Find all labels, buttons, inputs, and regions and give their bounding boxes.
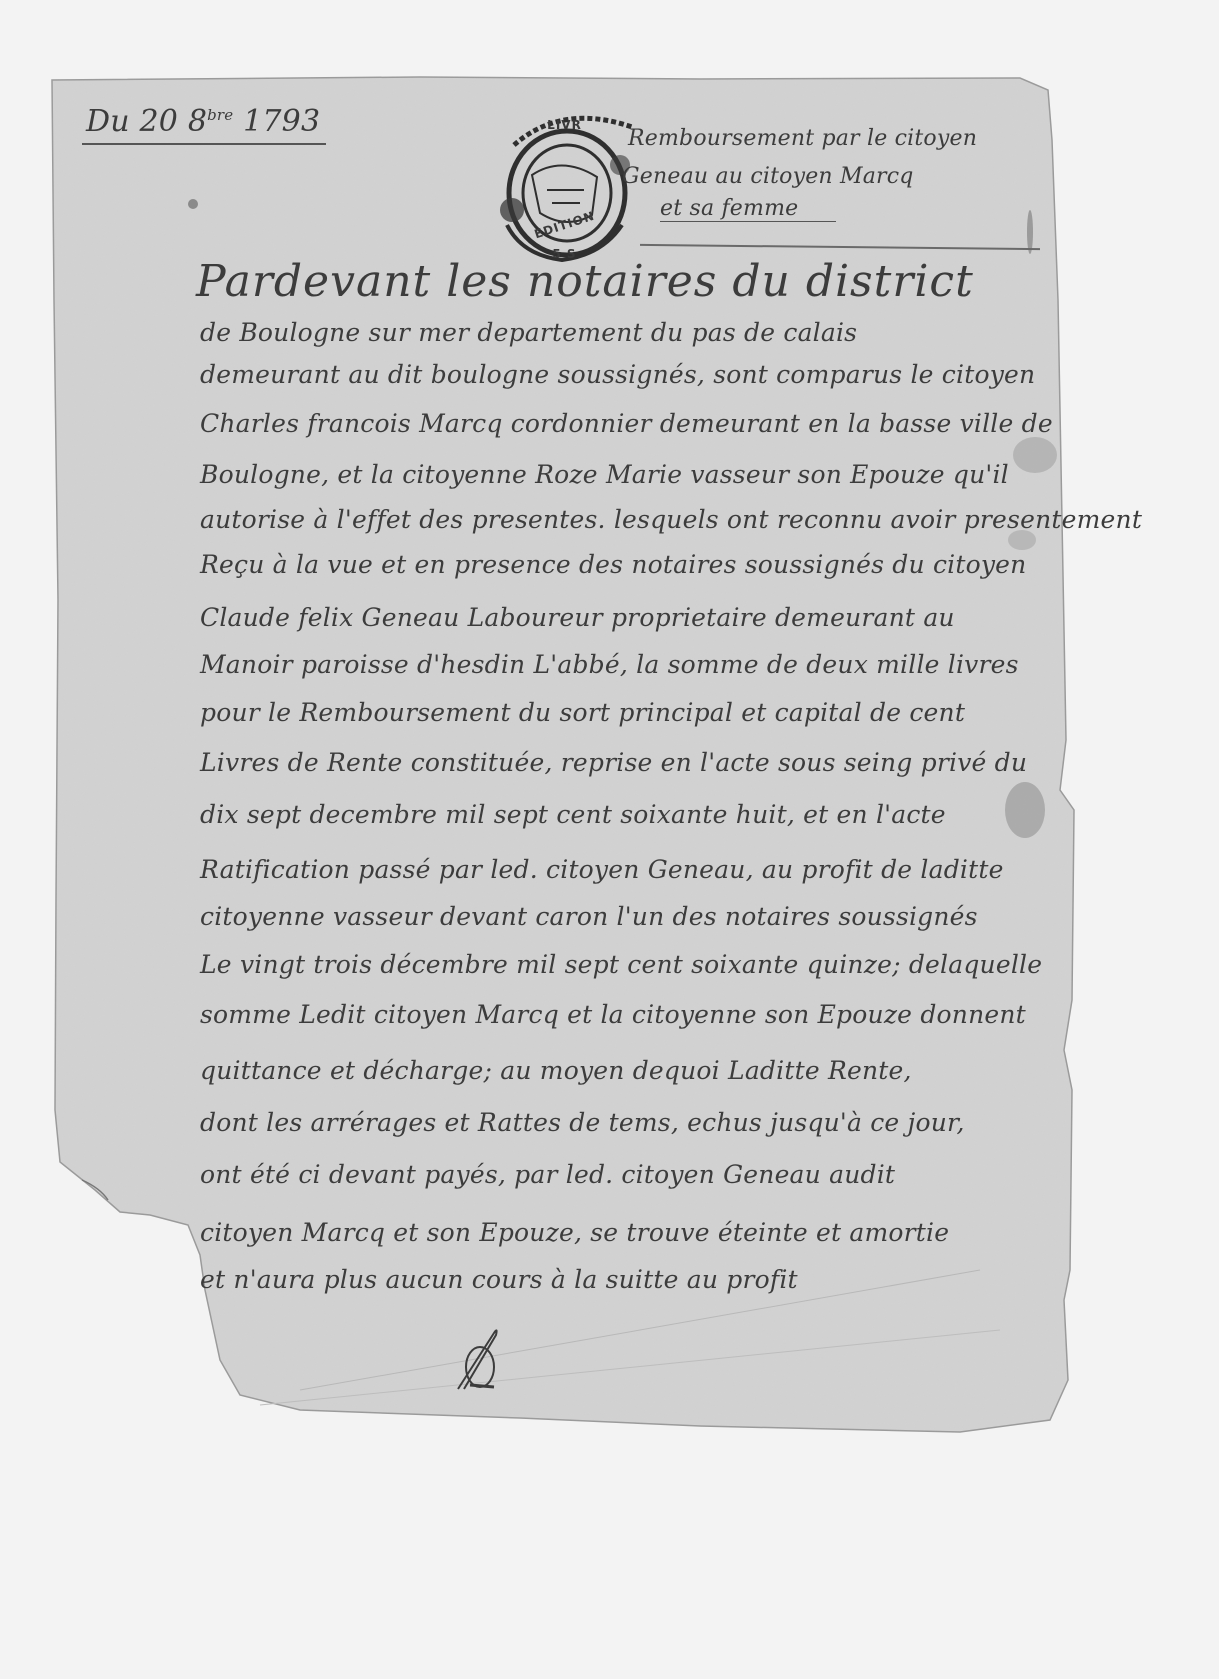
body-line: pour le Remboursement du sort principal …: [200, 698, 965, 727]
body-line: Boulogne, et la citoyenne Roze Marie vas…: [200, 460, 1009, 489]
date-day-month: Du 20 8: [86, 104, 207, 139]
body-line: citoyenne vasseur devant caron l'un des …: [200, 902, 978, 931]
body-line: somme Ledit citoyen Marcq et la citoyenn…: [200, 1000, 1026, 1029]
opening-line: Pardevant les notaires du district: [196, 256, 974, 307]
body-line: citoyen Marcq et son Epouze, se trouve é…: [200, 1218, 949, 1247]
body-line: dont les arrérages et Rattes de tems, ec…: [200, 1108, 965, 1137]
body-line: quittance et décharge; au moyen dequoi L…: [200, 1056, 912, 1085]
body-line: Le vingt trois décembre mil sept cent so…: [200, 950, 1042, 979]
scanned-document: LIVR EDITION 5 S Du 20 8bre 1793 Rembour…: [0, 0, 1219, 1679]
body-line: Claude felix Geneau Laboureur proprietai…: [200, 603, 955, 632]
margin-note-line: et sa femme: [660, 196, 836, 222]
margin-note-line: Remboursement par le citoyen: [628, 126, 977, 151]
body-line: autorise à l'effet des presentes. lesque…: [200, 505, 1142, 534]
body-line: dix sept decembre mil sept cent soixante…: [200, 800, 946, 829]
margin-note-line: Geneau au citoyen Marcq: [622, 164, 914, 189]
body-line: Charles francois Marcq cordonnier demeur…: [200, 409, 1053, 438]
paraph-icon: [450, 1325, 510, 1395]
date-month-abbrev: bre: [207, 106, 233, 124]
body-line: Livres de Rente constituée, reprise en l…: [200, 748, 1027, 777]
date-year: 1793: [233, 104, 320, 139]
body-line: Reçu à la vue et en presence des notaire…: [200, 550, 1026, 579]
body-line: de Boulogne sur mer departement du pas d…: [200, 318, 857, 347]
body-line: demeurant au dit boulogne soussignés, so…: [200, 360, 1035, 389]
manuscript-text: Du 20 8bre 1793 Remboursement par le cit…: [0, 0, 1219, 1679]
date-annotation: Du 20 8bre 1793: [82, 104, 326, 145]
body-line: Manoir paroisse d'hesdin L'abbé, la somm…: [200, 650, 1019, 679]
body-line: ont été ci devant payés, par led. citoye…: [200, 1160, 895, 1189]
body-line: Ratification passé par led. citoyen Gene…: [200, 855, 1004, 884]
separator-rule: [640, 244, 1040, 250]
body-line: et n'aura plus aucun cours à la suitte a…: [200, 1265, 798, 1294]
